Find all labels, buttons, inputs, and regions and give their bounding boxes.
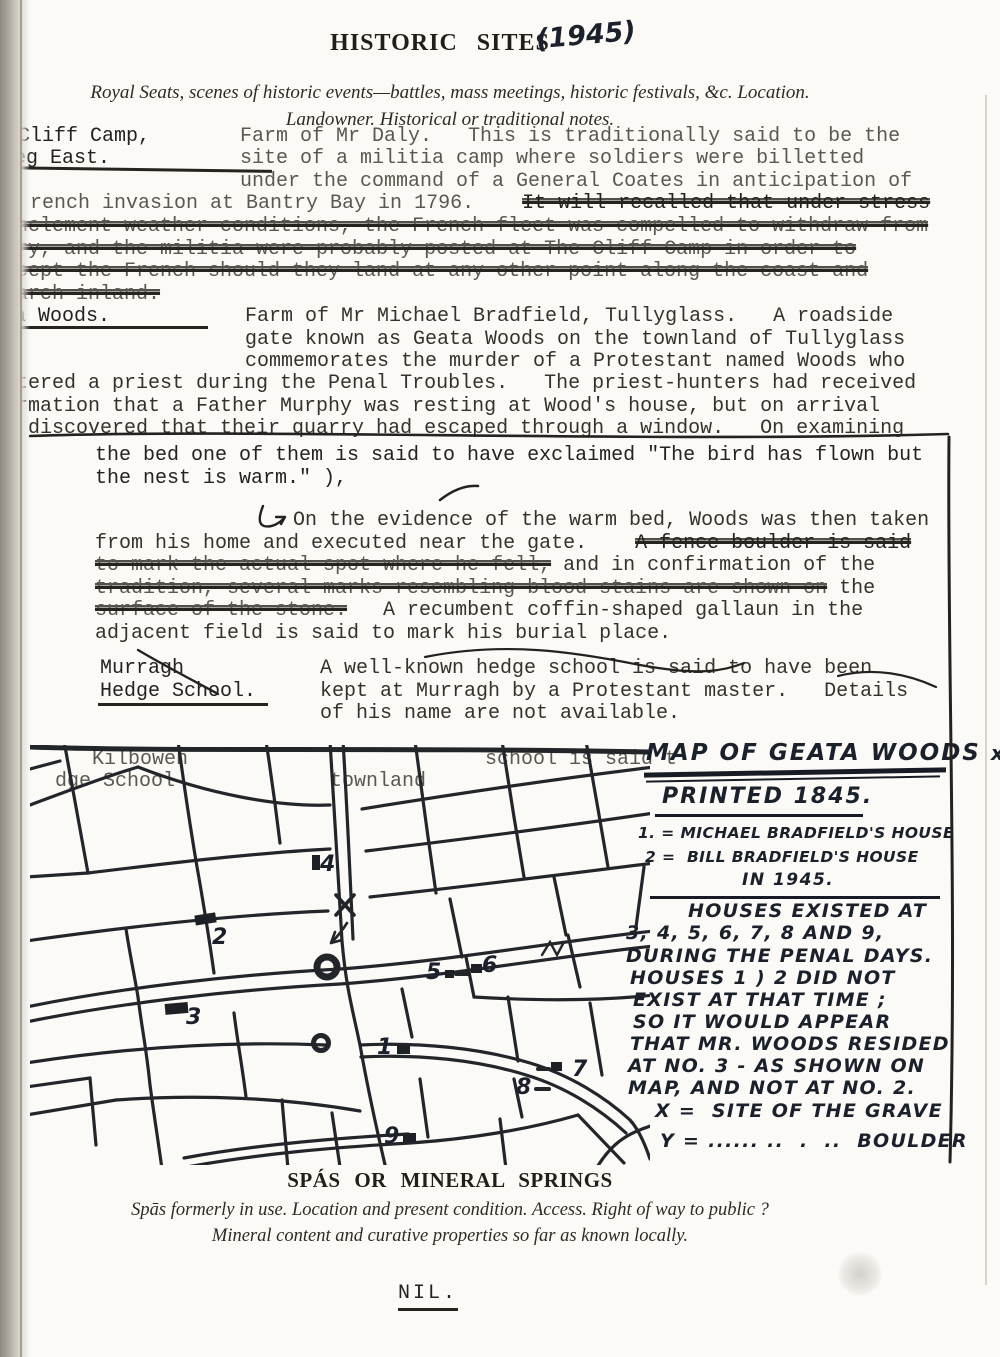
map-legend-line: 2 = BILL BRADFIELD'S HOUSE: [645, 848, 919, 866]
map-note-line: HOUSES EXISTED AT: [688, 900, 927, 922]
boulder-key-line: Y = ...... .. . .. BOULDER: [660, 1130, 968, 1152]
x-mark: x: [991, 741, 1000, 765]
map-marker-label: 4: [320, 852, 335, 877]
typed-line: rench invasion at Bantry Bay in 1796. It…: [30, 193, 930, 215]
nil-entry: NIL.: [398, 1283, 458, 1311]
map-marker-label: 9: [384, 1124, 399, 1149]
typed-text: and in confirmation of the: [551, 554, 875, 577]
map-marker-label: 7: [572, 1057, 587, 1082]
struck-text: inclement weather conditions, the French…: [4, 215, 928, 238]
springs-subtitle-1: Spās formerly in use. Location and prese…: [50, 1200, 850, 1221]
page-edge-line: [985, 95, 987, 1285]
typed-line: site of a militia camp where soldiers we…: [240, 148, 864, 170]
struck-text: surface of the stone.: [95, 599, 347, 622]
map-legend-line: IN 1945.: [742, 870, 834, 890]
map-title-text: MAP OF GEATA WOODS: [646, 740, 981, 766]
typed-line: from his home and executed near the gate…: [95, 533, 911, 555]
typed-line: surface of the stone. A recumbent coffin…: [95, 600, 863, 622]
typed-line: commemorates the murder of a Protestant …: [245, 351, 905, 373]
typed-line: under the command of a General Coates in…: [240, 171, 912, 193]
map-note-line: 3, 4, 5, 6, 7, 8 AND 9,: [626, 922, 884, 944]
label-underline: [0, 326, 208, 329]
typed-line: rcept the French should they land at any…: [4, 261, 868, 283]
book-binding: [0, 0, 30, 1357]
typed-line: inclement weather conditions, the French…: [4, 216, 928, 238]
springs-subtitle-2: Mineral content and curative properties …: [50, 1226, 850, 1247]
typed-line: y discovered that their quarry had escap…: [4, 418, 904, 440]
map-marker-label: 2: [212, 925, 227, 950]
map-note-line: DURING THE PENAL DAYS.: [626, 945, 933, 967]
map-note-line: HOUSES 1 ) 2 DID NOT: [630, 967, 896, 989]
typed-line: Farm of Mr Daly. This is traditionally s…: [240, 126, 900, 148]
typed-line: A well-known hedge school is said to hav…: [320, 658, 872, 680]
typed-line: tradition, several marks resembling bloo…: [95, 578, 875, 600]
struck-text: It will recalled that under stress: [522, 192, 930, 215]
struck-text: A fence boulder is said: [635, 532, 911, 555]
typed-text: rench invasion at Bantry Bay in 1796.: [30, 192, 522, 215]
typed-line: ltered a priest during the Penal Trouble…: [4, 373, 916, 395]
entry-label: Cliff Camp,: [18, 126, 150, 148]
map-marker-label: 6: [482, 953, 497, 978]
struck-text: to mark the actual spot where he fell,: [95, 554, 551, 577]
label-underline: [98, 703, 268, 706]
typed-line: the nest is warm." ),: [95, 468, 347, 490]
binding-shadow-line: [20, 0, 22, 1357]
springs-title: SPÁS OR MINERAL SPRINGS: [250, 1168, 650, 1193]
map-marker-label: 5: [426, 960, 441, 985]
map-printed-note: PRINTED 1845.: [662, 784, 873, 809]
typed-line: of his name are not available.: [320, 703, 680, 725]
map-marker-label: 8: [516, 1075, 531, 1100]
subtitle-line-1: Royal Seats, scenes of historic events—b…: [40, 82, 860, 104]
scanned-document-page: HISTORIC SITES (1945) Royal Seats, scene…: [0, 0, 1000, 1357]
underline: [655, 814, 863, 817]
map-note-line: THAT MR. WOODS RESIDED: [630, 1033, 950, 1055]
label-underline: [0, 166, 272, 173]
entry-label: Murragh: [100, 658, 184, 680]
map-note-line: SO IT WOULD APPEAR: [633, 1011, 891, 1033]
map-note-line: AT NO. 3 - AS SHOWN ON: [628, 1055, 925, 1077]
hand-drawn-map: [30, 745, 650, 1165]
typed-line: the bed one of them is said to have excl…: [95, 445, 923, 467]
map-note-line: MAP, AND NOT AT NO. 2.: [628, 1077, 916, 1099]
typed-line: Farm of Mr Michael Bradfield, Tullyglass…: [245, 306, 893, 328]
grave-key-line: X = SITE OF THE GRAVE: [655, 1100, 943, 1122]
ink-smudge: [838, 1252, 882, 1296]
typed-line: adjacent field is said to mark his buria…: [95, 623, 671, 645]
typed-line: On the evidence of the warm bed, Woods w…: [293, 510, 929, 532]
map-legend-line: 1. = MICHAEL BRADFIELD'S HOUSE: [638, 824, 954, 842]
struck-text: try, and the militia were probably poste…: [4, 238, 856, 261]
map-note-line: EXIST AT THAT TIME ;: [633, 989, 887, 1011]
typed-text: from his home and executed near the gate…: [95, 532, 635, 555]
typed-text: A recumbent coffin-shaped gallaun in the: [347, 599, 863, 622]
struck-text: tradition, several marks resembling bloo…: [95, 577, 827, 600]
map-marker-label: 1: [377, 1035, 392, 1060]
typed-text: the: [827, 577, 875, 600]
typed-line: to mark the actual spot where he fell, a…: [95, 555, 875, 577]
typed-line: try, and the militia were probably poste…: [4, 239, 856, 261]
map-title: MAP OF GEATA WOODS x: [646, 740, 1000, 766]
underline: [650, 896, 940, 899]
typed-line: ormation that a Father Murphy was restin…: [4, 396, 880, 418]
entry-label: Hedge School.: [100, 681, 256, 703]
struck-text: rcept the French should they land at any…: [4, 260, 868, 283]
typed-line: kept at Murragh by a Protestant master. …: [320, 681, 908, 703]
map-marker-label: 3: [186, 1005, 201, 1030]
typed-line: gate known as Geata Woods on the townlan…: [245, 329, 905, 351]
